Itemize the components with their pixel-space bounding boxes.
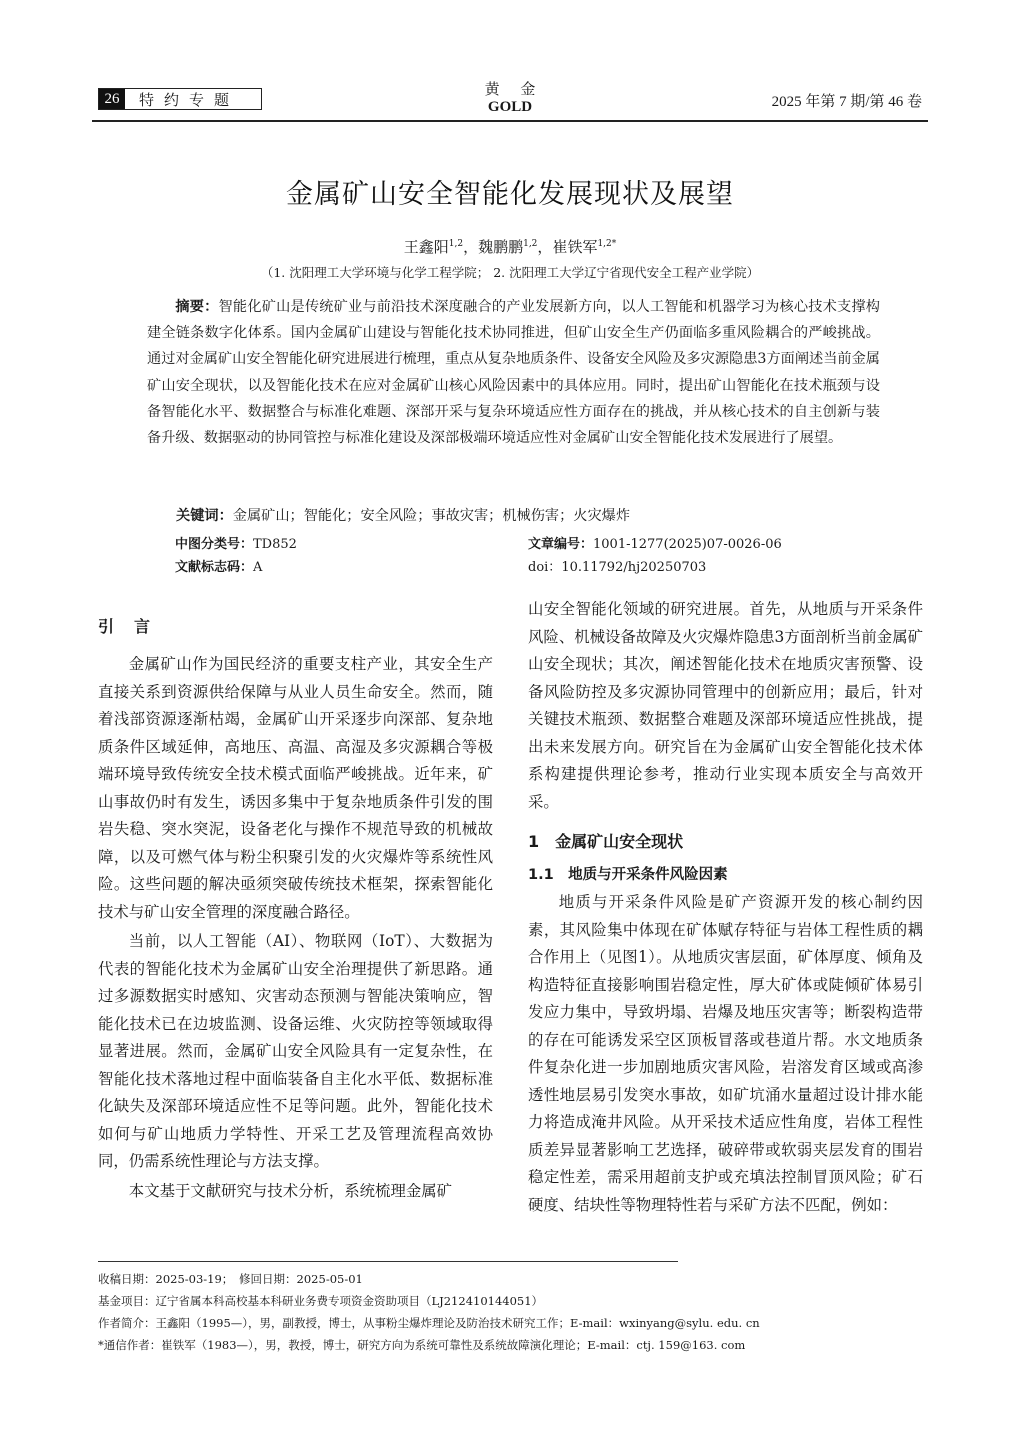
section-1-heading: 1 金属矿山安全现状 <box>528 828 923 856</box>
journal-name: 黄 金 GOLD <box>460 80 560 116</box>
body-paragraph: 本文基于文献研究与技术分析，系统梳理金属矿 <box>98 1178 493 1206</box>
article-title: 金属矿山安全智能化发展现状及展望 <box>0 172 1020 211</box>
clc-number: 中图分类号：TD852 <box>175 533 297 552</box>
footnote-received-date: 收稿日期：2025-03-19； 修回日期：2025-05-01 <box>98 1268 760 1290</box>
abstract-text: 智能化矿山是传统矿业与前沿技术深度融合的产业发展新方向，以人工智能和机器学习为核… <box>147 299 880 446</box>
journal-name-cn: 黄 金 <box>460 80 560 98</box>
doi[interactable]: doi：10.11792/hj20250703 <box>528 556 706 575</box>
article-number: 文章编号：1001-1277(2025)07-0026-06 <box>528 533 782 552</box>
section-1-1-heading: 1.1 地质与开采条件风险因素 <box>528 862 923 890</box>
body-paragraph-continued: 山安全智能化领域的研究进展。首先，从地质与开采条件风险、机械设备故障及火灾爆炸隐… <box>528 596 923 816</box>
running-header-column-tag: 26 特约专题 <box>98 88 262 110</box>
keywords-text: 金属矿山；智能化；安全风险；事故灾害；机械伤害；火灾爆炸 <box>233 508 630 524</box>
header-rule <box>92 120 928 122</box>
body-paragraph: 金属矿山作为国民经济的重要支柱产业，其安全生产直接关系到资源供给保障与从业人员生… <box>98 651 493 926</box>
page-number: 26 <box>99 89 125 109</box>
right-column: 山安全智能化领域的研究进展。首先，从地质与开采条件风险、机械设备故障及火灾爆炸隐… <box>528 596 923 1219</box>
body-paragraph: 当前，以人工智能（AI）、物联网（IoT）、大数据为代表的智能化技术为金属矿山安… <box>98 928 493 1176</box>
journal-name-en: GOLD <box>460 98 560 116</box>
footnote-rule <box>98 1261 678 1262</box>
intro-heading: 引言 <box>98 614 170 637</box>
keywords-label: 关键词： <box>176 508 233 524</box>
footnote-author-bio: 作者简介：王鑫阳（1995—），男，副教授，博士，从事粉尘爆炸理论及防治技术研究… <box>98 1312 760 1334</box>
author-affiliation-mark: 1,2* <box>597 239 616 249</box>
column-name: 特约专题 <box>125 89 261 109</box>
author-list: 王鑫阳1,2，魏鹏鹏1,2，崔铁军1,2* <box>0 236 1020 257</box>
abstract: 摘要：智能化矿山是传统矿业与前沿技术深度融合的产业发展新方向，以人工智能和机器学… <box>147 294 880 451</box>
keywords: 关键词：金属矿山；智能化；安全风险；事故灾害；机械伤害；火灾爆炸 <box>176 505 630 525</box>
abstract-label: 摘要： <box>175 299 218 315</box>
left-column: 金属矿山作为国民经济的重要支柱产业，其安全生产直接关系到资源供给保障与从业人员生… <box>98 651 493 1205</box>
affiliations: （1. 沈阳理工大学环境与化学工程学院； 2. 沈阳理工大学辽宁省现代安全工程产… <box>0 263 1020 281</box>
footnote-funding: 基金项目：辽宁省属本科高校基本科研业务费专项资金资助项目（LJ212410144… <box>98 1290 760 1312</box>
author-name: 魏鹏鹏 <box>478 238 523 256</box>
author-affiliation-mark: 1,2 <box>449 239 463 249</box>
body-paragraph: 地质与开采条件风险是矿产资源开发的核心制约因素，其风险集中体现在矿体赋存特征与岩… <box>528 889 923 1219</box>
footnote-corresponding-author: *通信作者：崔铁军（1983—），男，教授，博士，研究方向为系统可靠性及系统故障… <box>98 1334 760 1356</box>
author-name: 崔铁军 <box>552 238 597 256</box>
issue-info: 2025 年第 7 期/第 46 卷 <box>772 90 922 111</box>
footnotes: 收稿日期：2025-03-19； 修回日期：2025-05-01 基金项目：辽宁… <box>98 1268 760 1356</box>
author-name: 王鑫阳 <box>404 238 449 256</box>
document-code: 文献标志码：A <box>175 556 262 575</box>
author-affiliation-mark: 1,2 <box>523 239 537 249</box>
